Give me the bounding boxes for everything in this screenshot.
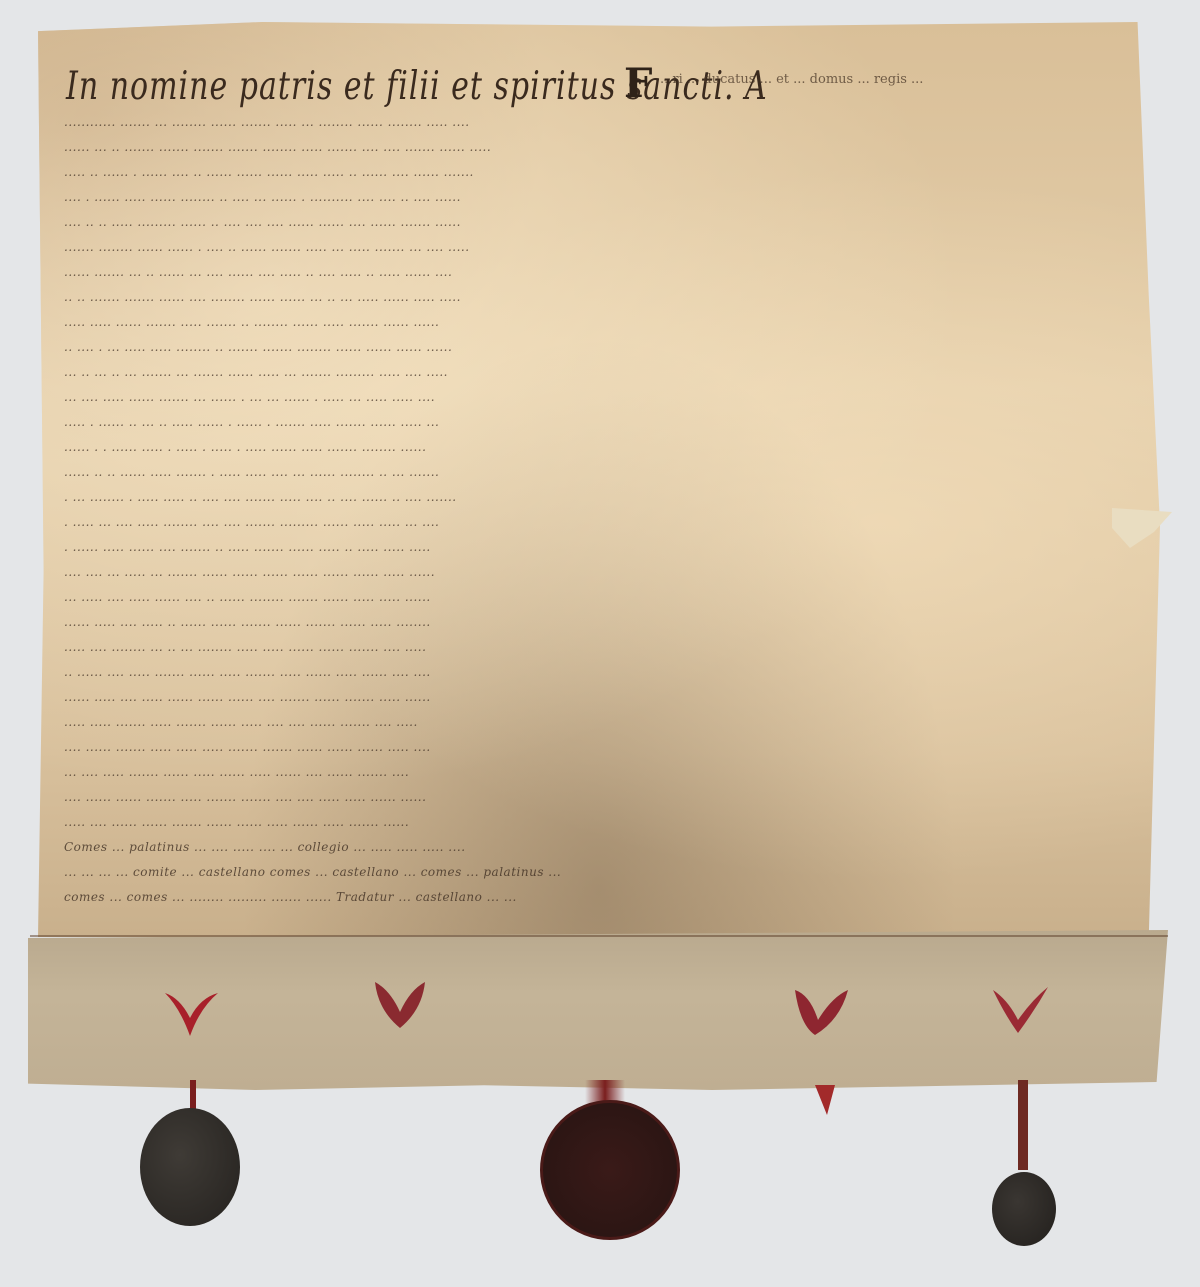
seal-tag-4: [990, 985, 1050, 1035]
charter-text-line: ..... .... ...... ...... ....... ...... …: [64, 810, 1144, 835]
seal-cord-3: [815, 1085, 835, 1115]
charter-text-line: ..... .. ...... . ...... .... .. ...... …: [64, 160, 1144, 185]
wax-seal-center: [540, 1100, 680, 1240]
charter-text-line: ... ..... .... ..... ...... .... .. ....…: [64, 585, 1144, 610]
charter-text-line: ... .. ... .. ... ....... ... ....... ..…: [64, 360, 1144, 385]
charter-text-line: .... ...... ...... ....... ..... .......…: [64, 785, 1144, 810]
charter-text-line: ...... .. .. ...... ..... ....... . ....…: [64, 460, 1144, 485]
charter-text-line: ..... ..... ....... ..... ....... ......…: [64, 710, 1144, 735]
charter-body-text: ............ ....... ... ........ ......…: [64, 110, 1144, 910]
wax-seal-left: [140, 1108, 240, 1226]
charter-text-line: .. ...... .... ..... ....... ...... ....…: [64, 660, 1144, 685]
heading-continuation: ...ri ... ducatus ... et ... domus ... r…: [660, 72, 923, 87]
charter-text-line: . ... ........ . ..... ..... .. .... ...…: [64, 485, 1144, 510]
charter-text-line: ... .... ..... ...... ....... ... ......…: [64, 385, 1144, 410]
charter-text-line: ..... ..... ...... ....... ..... .......…: [64, 310, 1144, 335]
charter-text-line: . ..... ... .... ..... ........ .... ...…: [64, 510, 1144, 535]
seal-tag-2: [370, 980, 430, 1030]
charter-text-line: .... ...... ....... ..... ..... ..... ..…: [64, 735, 1144, 760]
seal-tag-3: [790, 985, 850, 1035]
charter-text-line: Comes ... palatinus ... .... ..... .... …: [64, 835, 1144, 860]
charter-text-line: ....... ........ ...... ...... . .... ..…: [64, 235, 1144, 260]
charter-text-line: .... .. .. ..... ......... ...... .. ...…: [64, 210, 1144, 235]
fold-crease: [30, 935, 1168, 937]
charter-text-line: ...... ..... .... ..... .. ...... ......…: [64, 610, 1144, 635]
charter-text-line: ............ ....... ... ........ ......…: [64, 110, 1144, 135]
charter-text-line: .... . ...... ..... ...... ........ .. .…: [64, 185, 1144, 210]
charter-text-line: ..... . ...... .. ... .. ..... ...... . …: [64, 410, 1144, 435]
seal-cord-4: [1018, 1080, 1028, 1170]
charter-text-line: comes ... comes ... ........ ......... .…: [64, 885, 1144, 910]
charter-text-line: . ...... ..... ...... .... ....... .. ..…: [64, 535, 1144, 560]
charter-text-line: ...... . . ...... ..... . ..... . ..... …: [64, 435, 1144, 460]
decorated-initial: F: [624, 60, 652, 107]
charter-text-line: .. .... . ... ..... ..... ........ .. ..…: [64, 335, 1144, 360]
charter-text-line: ...... ... .. ....... ....... ....... ..…: [64, 135, 1144, 160]
charter-text-line: .. .. ....... ....... ...... .... ......…: [64, 285, 1144, 310]
wax-seal-right: [992, 1172, 1056, 1246]
charter-text-line: ...... ....... ... .. ...... ... .... ..…: [64, 260, 1144, 285]
charter-text-line: ... ... ... ... comite ... castellano co…: [64, 860, 1144, 885]
charter-text-line: ...... ..... .... ..... ...... ...... ..…: [64, 685, 1144, 710]
charter-text-line: ..... .... ........ ... .. ... ........ …: [64, 635, 1144, 660]
seal-tag-1: [160, 988, 220, 1038]
charter-text-line: ... .... ..... ....... ...... ..... ....…: [64, 760, 1144, 785]
charter-text-line: .... .... ... ..... ... ....... ...... .…: [64, 560, 1144, 585]
